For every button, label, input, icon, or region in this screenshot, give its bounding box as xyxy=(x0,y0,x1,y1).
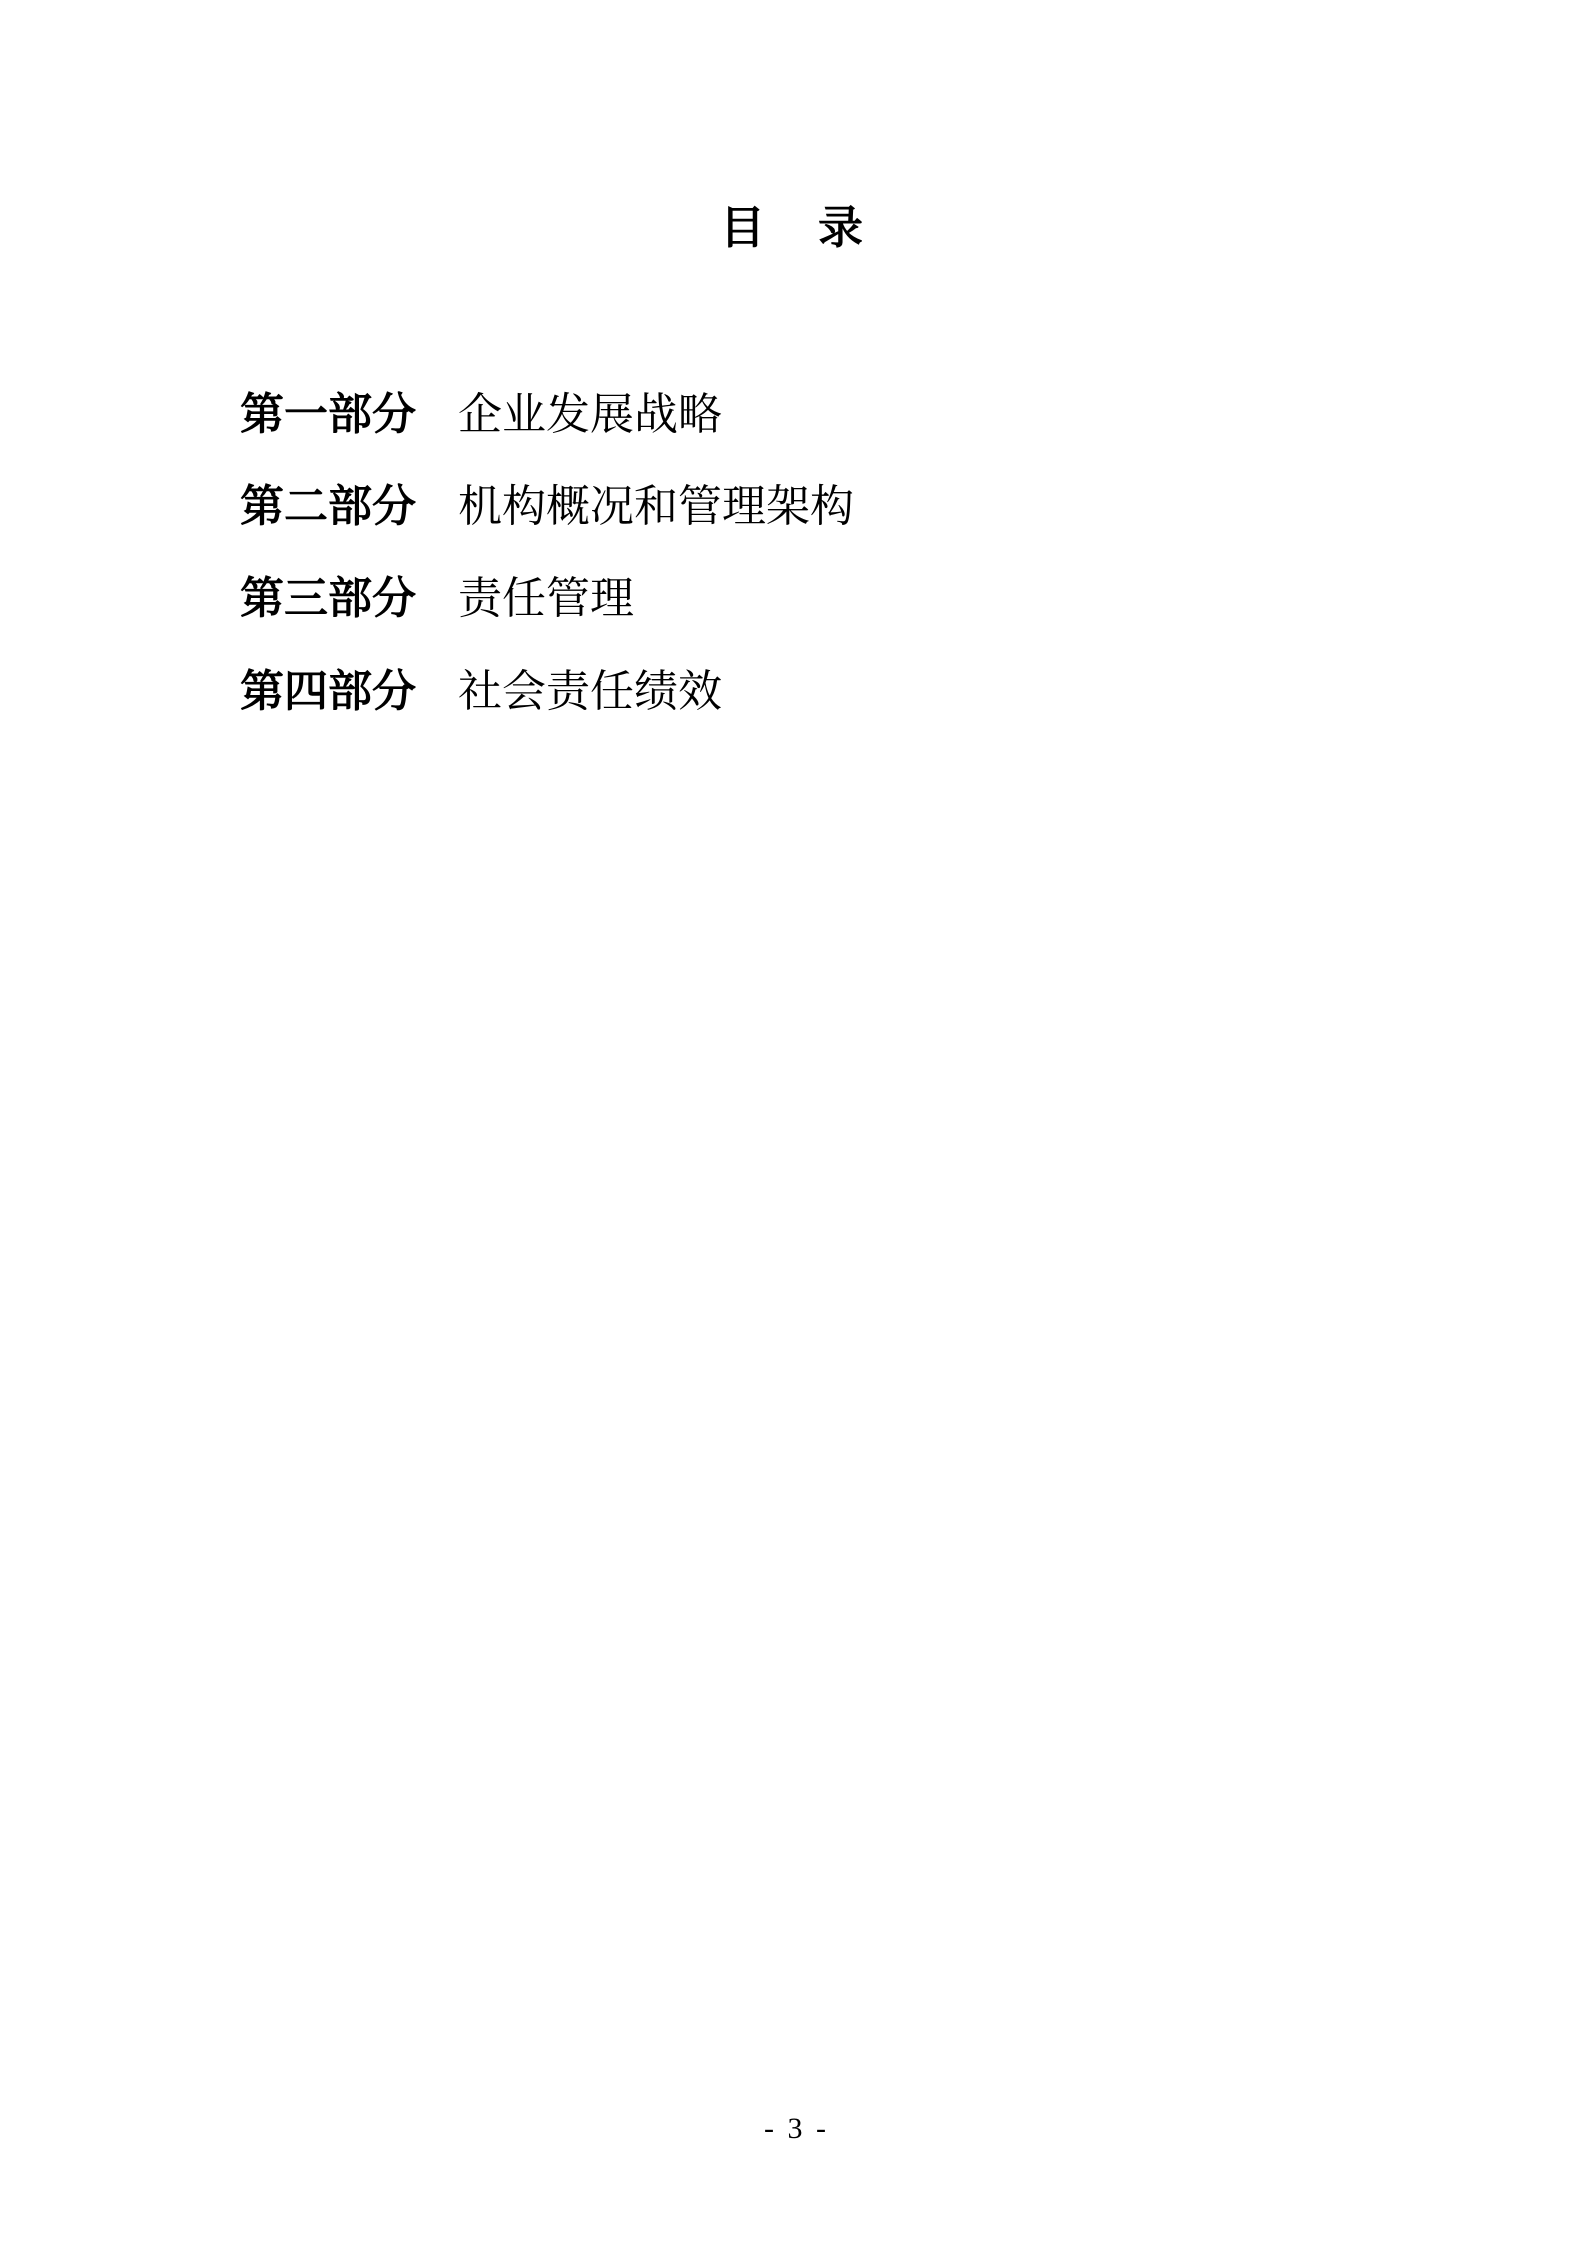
toc-item-label: 第三部分 xyxy=(240,576,416,622)
toc-item: 第三部分责任管理 xyxy=(240,576,854,622)
toc-item-label: 第四部分 xyxy=(240,669,416,715)
document-page: 目 录 第一部分企业发展战略 第二部分机构概况和管理架构 第三部分责任管理 第四… xyxy=(0,0,1587,2245)
toc-item-title: 机构概况和管理架构 xyxy=(458,482,854,531)
toc-item: 第四部分社会责任绩效 xyxy=(240,669,854,715)
page-footer: - 3 - xyxy=(0,2078,1569,2180)
page-number: - 3 - xyxy=(764,2112,829,2145)
toc-item: 第一部分企业发展战略 xyxy=(240,392,854,438)
toc-item-title: 责任管理 xyxy=(458,574,634,623)
toc-item-title: 企业发展战略 xyxy=(458,390,722,439)
toc-item-label: 第二部分 xyxy=(240,484,416,530)
toc-item-title: 社会责任绩效 xyxy=(458,667,722,716)
toc-item-label: 第一部分 xyxy=(240,392,416,438)
toc-item: 第二部分机构概况和管理架构 xyxy=(240,484,854,530)
page-title: 目 录 xyxy=(0,203,1587,255)
toc-list: 第一部分企业发展战略 第二部分机构概况和管理架构 第三部分责任管理 第四部分社会… xyxy=(240,392,854,761)
